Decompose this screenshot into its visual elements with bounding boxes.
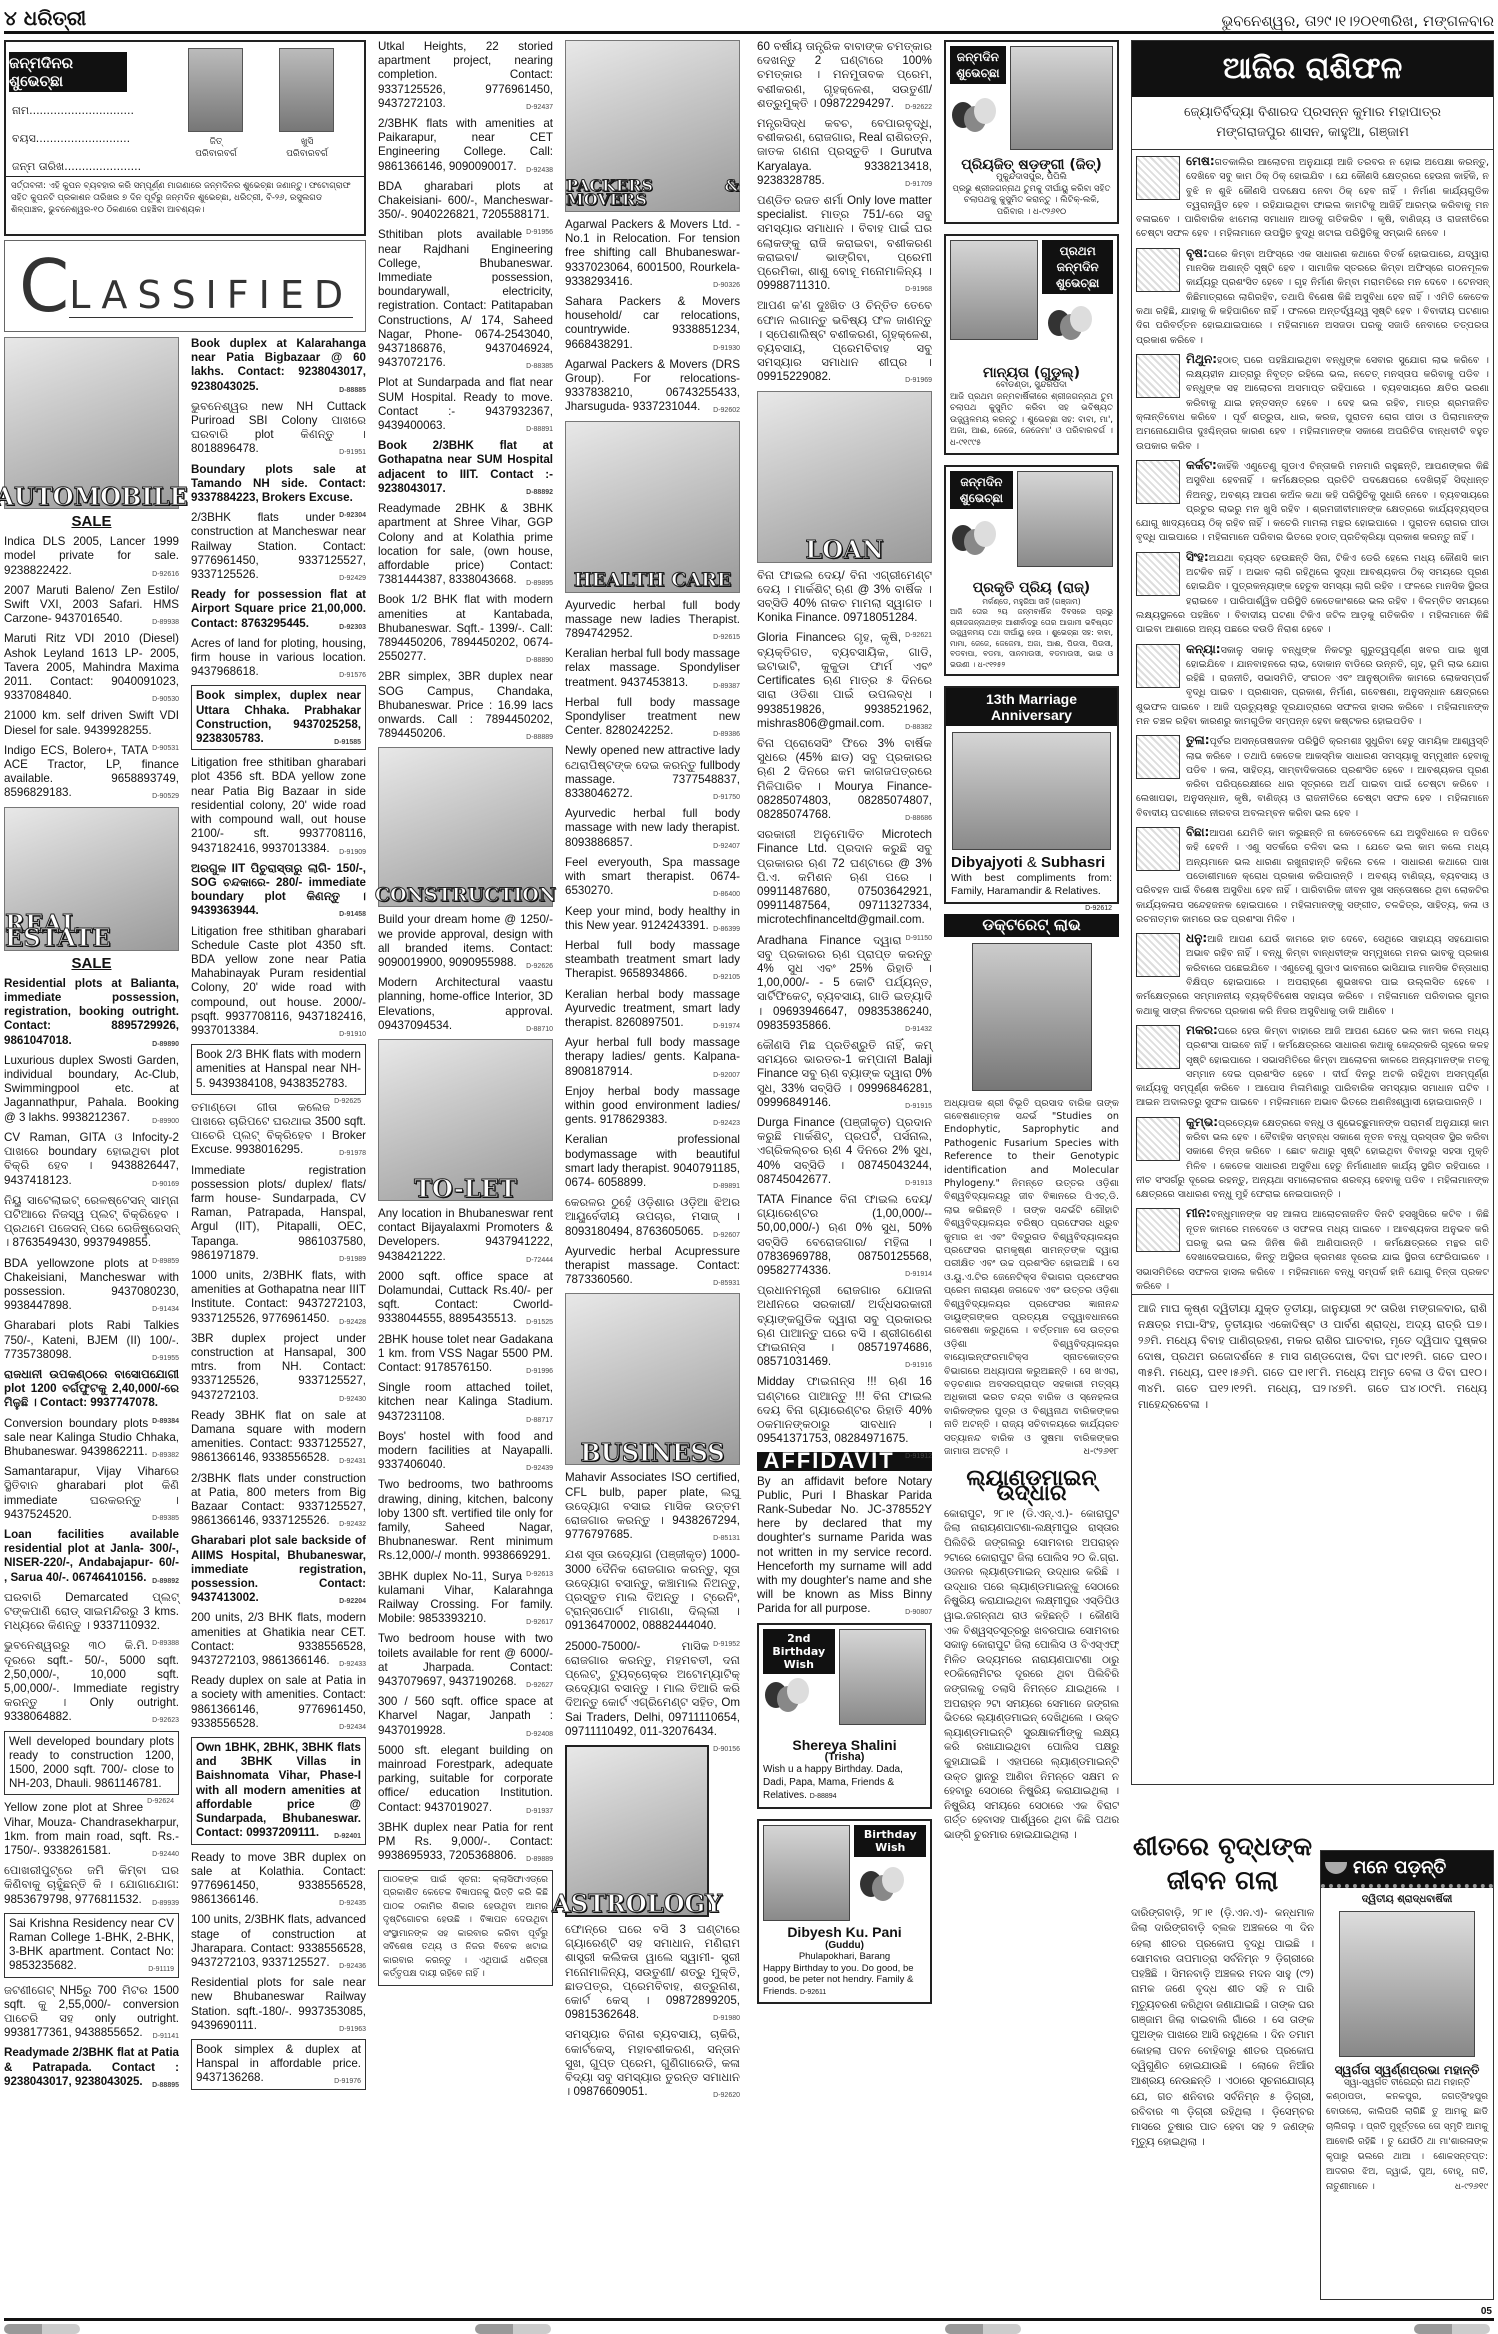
ad-code: D-92627 <box>526 1679 553 1693</box>
child-photo <box>1010 46 1113 150</box>
ad-code: D-92624 <box>147 1795 174 1809</box>
classified-ad: ମନ୍ତ୍ରସିଦ୍ଧ କବଚ, ବେପାରବୃଦ୍ଧି, ବଶୀକରଣ, ରୋ… <box>757 117 932 188</box>
classified-ad: Luxurious duplex Swosti Garden, individu… <box>4 1054 179 1125</box>
ad-code: D-89892 <box>152 1575 179 1589</box>
ad-code: D-91930 <box>713 342 740 356</box>
affidavit-ad: By an affidavit before Notary Public, Pu… <box>757 1475 932 1617</box>
ad-code: D-92436 <box>339 1960 366 1974</box>
classified-initial: C <box>19 250 69 322</box>
ad-code: D-92105 <box>713 971 740 985</box>
ad-code: D-91434 <box>152 1303 179 1317</box>
cold-news-headline: ଶୀତରେ ବୃଦ୍ଧଙ୍କ ଜୀବନ ଗଲା <box>1131 1830 1314 1898</box>
classified-ad: ବିନା ପ୍ରୋସେସିଂ ଫିରେ 3% ବାର୍ଷିକ ସୁଧରେ (45… <box>757 737 932 822</box>
classified-ad: 2/3BHK flats under construction at Patia… <box>191 1472 366 1529</box>
wish-name: Dibyesh Ku. Pani <box>763 1925 926 1939</box>
obituary-occasion: ଦ୍ୱିତୀୟ ଶ୍ରାଦ୍ଧବାର୍ଷିକୀ <box>1321 1894 1493 1905</box>
ad-code: D-89388 <box>152 1637 179 1651</box>
page-tab-marker <box>4 2324 80 2334</box>
ad-code: D-91937 <box>526 1805 553 1819</box>
classified-ad: 3BHK duplex near Patia for rent PM Rs. 9… <box>378 1821 553 1864</box>
classified-ad: Agarwal Packers & Movers Ltd. - No.1 in … <box>565 218 740 289</box>
classified-ad: ଯଶ ସୂତା ଉଦ୍ୟୋଗ (ପଞ୍ଜୀକୃତ) 1000-3000 ଦୈନି… <box>565 1548 740 1633</box>
ad-code: D-92623 <box>152 1714 179 1728</box>
zodiac-sign-entry: ବୃଷ:ଘରେ କିମ୍ବା ଅଫିସ୍‌ରେ ଏକ ସାଧାରଣ କଥାରେ … <box>1136 246 1489 348</box>
ad-code: D-89938 <box>152 616 179 630</box>
balloons-icon <box>1042 302 1092 362</box>
ad-code: D-92621 <box>905 629 932 643</box>
astrology-image: ASTROLOGY <box>565 1745 709 1917</box>
healthcare-image: HEALTH CARE <box>565 421 740 593</box>
classified-ad: Litigation free sthitiban gharabari Sche… <box>191 925 366 1039</box>
ad-code: D-91585 <box>334 736 361 750</box>
birthday-wish-dibyesh: Birthday Wish Dibyesh Ku. Pani (Guddu) P… <box>757 1819 932 2004</box>
classified-ad: Ayurvedic herbal full body massage new l… <box>565 599 740 642</box>
ad-code: D-89889 <box>526 1853 553 1867</box>
ad-code: D-89859 <box>152 1255 179 1269</box>
ad-code: D-90156 <box>713 1743 740 1757</box>
rashifal-byline: ଜ୍ୟୋତିର୍ବିଦ୍ୟା ବିଶାରଦ ପ୍ରସନ୍ନ କୁମାର ମହାପ… <box>1132 97 1493 150</box>
zodiac-sign-entry: କର୍କଟ:କାହିଁକି ଏଣୁତେଣୁ ଗୁଡାଏ ଚିନ୍ତାକରି ମନ… <box>1136 458 1489 546</box>
wish-message: Happy Birthday to you. Do good, be good,… <box>763 1963 926 1999</box>
classified-ad: Book simplex & duplex at Hanspal in affo… <box>191 2039 366 2090</box>
classified-ad: 3BR duplex project under construction at… <box>191 1332 366 1403</box>
child-photo <box>763 1825 850 1921</box>
classified-ad: Boys' hostel with food and modern facili… <box>378 1430 553 1473</box>
classified-ad: 2BR simplex, 3BR duplex near SOG Campus,… <box>378 670 553 741</box>
tolet-image: TO-LET <box>378 1039 553 1201</box>
classified-ad: Build your dream home @ 1250/- we provid… <box>378 913 553 970</box>
classified-ad: Feel everyouth, Spa massage with smart t… <box>565 856 740 899</box>
child-caption: ଖୁସିପରିବାରବର୍ଗ <box>272 136 342 160</box>
classified-ad: Sthitiban plots available near Rajdhani … <box>378 228 553 370</box>
classified-ad: Book simplex, duplex near Uttara Chhaka.… <box>191 685 366 750</box>
page-tab-marker <box>475 2324 551 2334</box>
zodiac-icon <box>1136 933 1180 977</box>
classified-ad: Keralian herbal full body massage relax … <box>565 647 740 690</box>
anniversary-message: With best compliments from: Family, Hara… <box>946 870 1117 902</box>
footer-rule <box>4 2318 1494 2321</box>
classified-ad: Readymade 2/3BHK flat at Patia & Patrapa… <box>4 2046 179 2089</box>
ad-code: D-92304 <box>339 509 366 523</box>
business-image: BUSINESS <box>565 1293 740 1465</box>
classified-ad: Samantarapur, Vijay Viharରେ ସ୍ଥିତିବାନ gh… <box>4 1465 179 1522</box>
ad-code: D-92613 <box>526 1568 553 1582</box>
ad-code: D-89386 <box>713 728 740 742</box>
child-photo <box>279 48 334 132</box>
packers-image: PACKERS & MOVERS <box>565 40 740 212</box>
classified-ad: Gharabari plot sale backside of AIIMS Ho… <box>191 1534 366 1605</box>
ad-code: D-91952 <box>713 1638 740 1652</box>
ad-code: D-91996 <box>526 1365 553 1379</box>
spouse-name: ସ୍ୱା-ସ୍ୱର୍ଗତ ବୀରେନ୍ଦ୍ର ନାଥ ମହାନ୍ତି <box>1321 2078 1493 2088</box>
anniversary-heading: 13th Marriage Anniversary <box>946 688 1117 726</box>
classified-ad: Aradhana Finance ଦ୍ୱାରା ସବୁ ପ୍ରକାରର ଋଣ ପ… <box>757 934 932 1033</box>
classified-ad: Well developed boundary plots ready to c… <box>4 1731 179 1796</box>
zodiac-icon <box>1136 156 1180 200</box>
news-headline: ଲ୍ୟାଣ୍ଡମାଇନ୍ ଉଦ୍ଧାର <box>944 1472 1119 1500</box>
classified-ad: ପ୍ରଧାନମନ୍ତ୍ରୀ ରୋଜଗାର ଯୋଜନା ଅଧୀନରେ ସରକାରୀ… <box>757 1284 932 1369</box>
birthday-coupon: ଜନ୍ମଦିନର ଶୁଭେଚ୍ଛା ନାମ...................… <box>4 40 366 236</box>
rashifal-title: ଆଜିର ରାଶିଫଳ <box>1132 41 1493 97</box>
ad-code: D-89900 <box>152 1115 179 1129</box>
ad-code: D-91978 <box>339 1147 366 1161</box>
classified-ad: 2000 sqft. office space at Dolamundai, C… <box>378 1270 553 1327</box>
classified-ad: Gharabari plots Rabi Talkies 750/-, Kate… <box>4 1319 179 1362</box>
classified-ad: ତମାଣ୍ଡୋ ଗୀତା କଲେଜ ପାଖରେ ଚାରିପଟେ ଘରଥାଇ 35… <box>191 1101 366 1158</box>
classified-ad: ଫୋନ୍‌ରେ ଘରେ ବସି 3 ଘଣ୍ଟାରେ ଗ୍ୟାରେଣ୍ଟି ସହ … <box>565 1923 740 2022</box>
ad-code: D-91915 <box>905 1100 932 1114</box>
ad-code: D-91968 <box>905 283 932 297</box>
classified-ad: କୌଣସି ମିଛ ପ୍ରତିଶ୍ରୁତି ନାହିଁ, କମ୍ ସମୟରେ ଭ… <box>757 1039 932 1110</box>
ad-code: D-89895 <box>526 577 553 591</box>
wish-message: ଆଜି ପ୍ରଥମ ଜନ୍ମବାର୍ଷିକୀରେ ଶ୍ରୀଜଗନ୍ନାଥ ତୁମ… <box>950 392 1113 450</box>
ad-code: D-92602 <box>713 404 740 418</box>
ad-code: D-91912 <box>905 1450 932 1464</box>
obituary-text: କଣ୍ଠାପଡା, କନକପୁର, ଜଗତ୍‌ସିଂହପୁର ବୋଉଲୋ, କା… <box>1321 2088 1493 2197</box>
ad-code: D-92437 <box>526 101 553 115</box>
ad-code: D-91750 <box>713 791 740 805</box>
classified-ad: ଆପଣ କ'ଣ ଦୁଃଖିତ ଓ ଚିନ୍ତିତ ତେବେ ଫୋନ ଲଗାନ୍ତ… <box>757 299 932 384</box>
ad-code: D-92303 <box>339 621 366 635</box>
classified-ad: Newly opened new attractive lady ଥେରାପିଷ… <box>565 744 740 801</box>
ad-code: D-90169 <box>152 1178 179 1192</box>
ad-code: D-86399 <box>713 923 740 937</box>
ad-code: D-89891 <box>713 1180 740 1194</box>
classified-ad: Maruti Ritz VDI 2010 (Diesel) Ashok Leyl… <box>4 632 179 703</box>
classified-ad: Book 2/3 BHK flats with modern amenities… <box>191 1044 366 1095</box>
ad-code: D-90529 <box>152 790 179 804</box>
ad-code: D-89382 <box>152 1449 179 1463</box>
ad-code: D-88895 <box>152 2079 179 2093</box>
loan-image: LOAN <box>757 391 932 563</box>
classified-ad: Plot at Sundarpada and flat near SUM Hos… <box>378 376 553 433</box>
ad-code: D-88889 <box>526 731 553 745</box>
zodiac-sign-entry: ମୀନ:ବନ୍ଧୁମାନଙ୍କ ସହ ଆଳାପ ଆଲୋଚନାଜନିତ ଦିନଟି… <box>1136 1206 1489 1294</box>
zodiac-icon <box>1136 354 1180 398</box>
sale-heading: SALE <box>4 957 179 971</box>
ad-code: D-91525 <box>526 1316 553 1330</box>
ad-code: D-88710 <box>526 1023 553 1037</box>
automobile-image: AUTOMOBILE <box>4 337 179 509</box>
zodiac-sign-entry: ବିଛା:ଆପଣ ଯେମିତି କାମ କରୁଛନ୍ତି ନା କେତେବେଳେ… <box>1136 825 1489 927</box>
wish-message: ପ୍ରଭୁ ଶ୍ରୀଜଗନ୍ନାଥ ତୁମକୁ ଦୀର୍ଘାୟୁ କରିବା ସ… <box>950 184 1113 219</box>
couple-names: Dibyajyoti & Subhasri <box>946 856 1117 870</box>
rashifal-signs: ମେଷ:ଗତକାଲିର ଆଲୋଚନା ଅନୁଯାୟୀ ଆଜି ତରବର ନ ହୋ… <box>1132 154 1493 1294</box>
zodiac-sign-entry: ଧନୁ:ଆଜି ଆପଣ ଯେଉଁ କାମରେ ହାତ ଦେବେ, ସେଥିରେ … <box>1136 931 1489 1019</box>
ad-code: D-92607 <box>713 1229 740 1243</box>
classified-ad: Residential plots for sale near new Bhub… <box>191 1976 366 2033</box>
zodiac-sign-entry: କନ୍ୟା:ସକାଳୁ ସକାଳୁ ବନ୍ଧୁଙ୍କ ନିକଟରୁ ଗୁରୁତ୍… <box>1136 642 1489 730</box>
obituary-ad: ମନେ ପଡ଼ନ୍ତି ଦ୍ୱିତୀୟ ଶ୍ରାଦ୍ଧବାର୍ଷିକୀ ସ୍ୱର… <box>1320 1850 1494 2300</box>
wish-name: ପ୍ରକୃତି ପ୍ରିୟ (ରାଜ୍) <box>950 581 1113 595</box>
ad-code: D-92007 <box>713 1069 740 1083</box>
classified-ad: 300 / 560 sqft. office space at Kharvel … <box>378 1695 553 1738</box>
classified-ad: 2/3BHK flats with amenities at Paikarapu… <box>378 117 553 174</box>
wish-tag: ପ୍ରଥମ ଜନ୍ମଦିନ ଶୁଭେଚ୍ଛା <box>1042 240 1113 294</box>
classified-ad: Ayurvedic herbal Acupressure therapist m… <box>565 1245 740 1288</box>
doctorate-heading: ଡକ୍ଟରେଟ୍ ଲାଭ <box>944 914 1119 936</box>
ad-code: D-91432 <box>905 1023 932 1037</box>
wish-message: Wish u a happy Birthday. Dada, Dadi, Pap… <box>763 1763 926 1803</box>
ad-code: D-92433 <box>339 1658 366 1672</box>
classified-ad: Herbal full body massage steambath treat… <box>565 939 740 982</box>
classified-banner: C LASSIFIED <box>4 240 366 332</box>
page-header: ୪ ଧରିତ୍ରୀ ଭୁବନେଶ୍ୱର, ତା୨୯।୧।୨୦୧୩ରିଖ, ମଙ୍… <box>4 0 1494 30</box>
classified-ad: 25000-75000/- ମାସିକ ରୋଜଗାର କରନ୍ତୁ, ମହମବତ… <box>565 1640 740 1739</box>
deceased-name: ସ୍ୱର୍ଗତା ସ୍ୱର୍ଣ୍ଣପ୍ରଭା ମହାନ୍ତି <box>1321 2063 1493 2078</box>
cold-news: ଶୀତରେ ବୃଦ୍ଧଙ୍କ ଜୀବନ ଗଲା ଦାରିଙ୍ଗବାଡ଼ି, ୨୮… <box>1131 1830 1314 2151</box>
ad-code: D-91913 <box>905 1177 932 1191</box>
classified-ad: 200 units, 2/3 BHK flats, modern ameniti… <box>191 1611 366 1668</box>
ad-code: D-91709 <box>905 178 932 192</box>
page-label: ୪ ଧରିତ୍ରୀ <box>4 6 86 30</box>
ad-code: D-92204 <box>339 1595 366 1609</box>
scholar-photo <box>972 943 1092 1091</box>
zodiac-icon <box>1136 644 1180 688</box>
ad-code: D-90531 <box>152 742 179 756</box>
ad-code: D-92429 <box>339 572 366 586</box>
coupon-title: ଜନ୍ମଦିନର ଶୁଭେଚ୍ଛା <box>9 52 127 92</box>
classified-ad: ପଣ୍ଡିତ ରଜତ ଶର୍ମା Only love matter specia… <box>757 194 932 293</box>
column-loans: 60 ବର୍ଷୀୟ ତାନ୍ତ୍ରିକ ବାବାଙ୍କ ଚମତ୍କାର ଦେଖନ… <box>757 40 932 2014</box>
column-automobile-realestate: AUTOMOBILE SALE Indica DLS 2005, Lancer … <box>4 337 179 2095</box>
ad-code: D-88385 <box>526 360 553 374</box>
classified-ad: ବିନା ଫାଇଲ ଦେୟ/ ବିନା ଏଗ୍ରୀମେଣ୍ଟ ଦେୟ । ମାର… <box>757 569 932 626</box>
ad-code: D-91955 <box>152 1352 179 1366</box>
dateline: ଭୁବନେଶ୍ୱର, ତା୨୯।୧।୨୦୧୩ରିଖ, ମଙ୍ଗଳବାର <box>1221 12 1494 30</box>
zodiac-icon <box>1136 460 1180 504</box>
classified-ad: Yellow zone plot at Shree Vihar, Mouza- … <box>4 1801 179 1858</box>
wish-tag: 2nd Birthday Wish <box>763 1629 835 1674</box>
zodiac-icon <box>1136 552 1180 596</box>
realestate-image: REAL ESTATE <box>4 807 179 951</box>
news-body: କୋରାପୁଟ, ୨୮।୧ (ଡି.ଏନ୍.ଏ.)- କୋରାପୁଟ ଜିଲା … <box>944 1507 1119 1843</box>
classified-ad: Own 1BHK, 2BHK, 3BHK flats and 3BHK Vill… <box>191 1737 366 1844</box>
wish-tag: ଜନ୍ମଦିନ ଶୁଭେଚ୍ଛା <box>950 46 1006 84</box>
page-tab-marker <box>945 2324 1021 2334</box>
classified-ad: Residential plots at Balianta, immediate… <box>4 977 179 1048</box>
ad-code: D-89939 <box>152 1897 179 1911</box>
ad-code: D-91976 <box>334 2075 361 2089</box>
balloons-icon <box>950 94 1000 154</box>
classified-ad: Ayur herbal full body massage therapy la… <box>565 1036 740 1079</box>
ad-code: D-90326 <box>713 279 740 293</box>
ad-code: D-92625 <box>334 1095 361 1109</box>
ad-code: D-92626 <box>526 960 553 974</box>
zodiac-sign-entry: ତୁଳା:ପୂର୍ବର ଅସନ୍ତୋଷଜନକ ପରିସ୍ଥିତି କ୍ରମଶଃ … <box>1136 733 1489 821</box>
ad-code: D-92440 <box>152 1848 179 1862</box>
classified-ad: BDA gharabari plots at Chakeisiani- 600/… <box>378 180 553 223</box>
classified-ad: Acres of land for ploting, housing, firm… <box>191 637 366 680</box>
zodiac-icon <box>1136 1117 1180 1161</box>
classified-ad: Utkal Heights, 22 storied apartment proj… <box>378 40 553 111</box>
deceased-photo <box>1339 1911 1475 2057</box>
ad-code: D-91141 <box>153 2030 179 2044</box>
ad-code: D-88382 <box>905 721 932 735</box>
ad-code: D-91576 <box>339 669 366 683</box>
child-photo <box>188 48 243 132</box>
ad-code: D-72444 <box>526 1254 553 1268</box>
column-property-ads: Book duplex at Kalarahanga near Patia Bi… <box>191 337 366 2096</box>
classified-ad: Enjoy herbal body massage within good en… <box>565 1085 740 1128</box>
ad-code: D-91969 <box>905 374 932 388</box>
ad-code: D-88686 <box>905 812 932 826</box>
classified-ad: Book 2/3BHK flat at Gothapatna near SUM … <box>378 439 553 496</box>
zodiac-sign-entry: ମେଷ:ଗତକାଲିର ଆଲୋଚନା ଅନୁଯାୟୀ ଆଜି ତରବର ନ ହୋ… <box>1136 154 1489 242</box>
ad-code: D-91974 <box>713 1020 740 1034</box>
ad-code: D-91951 <box>339 446 366 460</box>
classified-ad: ଜଟଣୀଗେଟ୍ NH5ରୁ 700 ମିଟର 1500 sqft. କୁ 2,… <box>4 1984 179 2041</box>
classified-ad: 5000 sft. elegant building on mainroad F… <box>378 1744 553 1815</box>
classified-ad: ସରକାରୀ ଅନୁମୋଦିତ Microtech Finance Ltd. ପ… <box>757 828 932 927</box>
ad-code: D-88717 <box>526 1414 553 1428</box>
coupon-dob-field: ଜନ୍ମ ତାରିଖ...................... <box>12 160 141 174</box>
balloons-icon <box>950 517 1000 577</box>
ad-code: D-89890 <box>152 1038 179 1052</box>
classified-ad: Immediate registration possession plots/… <box>191 1164 366 1263</box>
classified-ad: Mahavir Associates ISO certified, CFL bu… <box>565 1471 740 1542</box>
wish-tag: ଜନ୍ମଦିନ ଶୁଭେଚ୍ଛା <box>950 471 1013 509</box>
ad-code: D-92434 <box>339 1721 366 1735</box>
classified-ad: 2007 Maruti Baleno/ Zen Estilo/ Swift VX… <box>4 584 179 627</box>
child-photo <box>1017 471 1113 567</box>
birthday-wish-shereya: 2nd Birthday Wish Shereya Shalini (Trish… <box>757 1623 932 1810</box>
classified-ad: Keralian herbal body massage Ayurvedic t… <box>565 988 740 1031</box>
classified-ad: 1000 units, 2/3BHK flats, with amenities… <box>191 1269 366 1326</box>
header-rule <box>4 31 1494 34</box>
classified-ad: ଭୁବନେଶ୍ୱର new NH Cuttack Puriroad SBI Co… <box>191 400 366 457</box>
ad-code: D-92435 <box>339 1897 366 1911</box>
ad-code: D-91910 <box>339 1028 366 1042</box>
ad-code: D-91119 <box>148 1963 174 1977</box>
classified-ad: Ready duplex on sale at Patia in a socie… <box>191 1674 366 1731</box>
classified-ad: CV Raman, GITA ଓ Infocity-2 ପାଖରେ bounda… <box>4 1131 179 1188</box>
zodiac-sign-entry: ସିଂହ:ଅଯଥା ବ୍ୟସ୍ତ ହେଉଛନ୍ତି ସିନା, ଟିକିଏ ଡେ… <box>1136 550 1489 638</box>
classified-ad: Midday ଫାଇନାନ୍ସ !!! ଋଣ 16 ଘଣ୍ଟାରେ ପାଆନ୍ତ… <box>757 1375 932 1446</box>
wish-name: ପ୍ରିୟଜିତ୍ ଷଡ଼ଙ୍ଗୀ (ଜିତ୍) <box>950 158 1113 172</box>
classified-ad: ରାଜଧାନୀ ଉପକଣ୍ଠରେ ବାସୋପଯୋଗୀ plot 1200 ବର୍… <box>4 1368 179 1411</box>
classified-ad: Boundary plots sale at Tamando NH side. … <box>191 463 366 506</box>
child-photo <box>950 240 1038 340</box>
ad-code: D-92617 <box>526 1616 553 1630</box>
classified-ad: ନିୟୁ ସାଟେଲାଇଟ୍ ରେଳଷ୍ଟେସନ୍ ସାମ୍ନା ପଟିଆରେ … <box>4 1194 179 1251</box>
classified-ad: Sai Krishna Residency near CV Raman Coll… <box>4 1913 179 1978</box>
zodiac-icon <box>1136 248 1180 292</box>
classified-ad: ଘରବାରି Demarcated ପ୍ଲଟ୍ ଟଙ୍କପାଣି ରୋଡ୍ ସା… <box>4 1591 179 1634</box>
classified-ad: Readymade 2BHK & 3BHK apartment at Shree… <box>378 502 553 587</box>
classified-ad: ଅରଗୁଳ IIT ପିଚୁରାସ୍ତାରୁ ଲାଗି- 150/-, SOG … <box>191 862 366 919</box>
classified-ad: Ready for possession flat at Airport Squ… <box>191 588 366 631</box>
classified-ad: କେରଳର ଠୁହେଁ ଓଡ଼ିଶାର ଓଡ଼ିଆ ଝିଅର ଆୟୁର୍ବେଦୀ… <box>565 1196 740 1239</box>
wish-name: ମାନ୍ୟତା (ଗୁଡୁଲ୍) <box>950 366 1113 380</box>
classified-ad: 60 ବର୍ଷୀୟ ତାନ୍ତ୍ରିକ ବାବାଙ୍କ ଚମତ୍କାର ଦେଖନ… <box>757 40 932 111</box>
diya-lamp-icon <box>1325 1862 1347 1874</box>
classified-ad: Indica DLS 2005, Lancer 1999 model priva… <box>4 535 179 578</box>
classified-ad: ପୋଖରୀପୁଟ୍‌ରେ ଜମି କିମ୍ବା ଘର କିଣିବାକୁ ଚାହୁ… <box>4 1864 179 1907</box>
balloons-icon <box>854 1857 904 1917</box>
ad-code: D-92401 <box>334 1830 361 1844</box>
classified-ad: Keralian professional bodymassage with b… <box>565 1133 740 1190</box>
child-caption: ଜିତ୍ପରିବାରବର୍ଗ <box>181 136 251 160</box>
doctorate-text: ଅଧ୍ୟାପକ ଶ୍ରୀ ବିଭୂତି ପ୍ରସାଦ ବାରିକ ତାଙ୍କ ଗ… <box>944 1097 1119 1459</box>
birthday-wish-raj: ଜନ୍ମଦିନ ଶୁଭେଚ୍ଛା ପ୍ରକୃତି ପ୍ରିୟ (ରାଜ୍) ମର… <box>944 465 1119 676</box>
classified-ad: Herbal full body massage Spondyliser tre… <box>565 696 740 739</box>
zodiac-icon <box>1136 735 1180 779</box>
wish-tag: Birthday Wish <box>854 1825 926 1857</box>
ad-code: D-92620 <box>713 2089 740 2103</box>
classified-ad: Modern Architectural vaastu planning, ho… <box>378 976 553 1033</box>
column-construction-tolet: Utkal Heights, 22 storied apartment proj… <box>378 40 553 1992</box>
panjika-text: ଆଜି ମାଘ କୃଷ୍ଣ ଦ୍ୱିତୀୟା ଯୁକ୍ତ ତୃତୀୟା, ଜାନ… <box>1132 1294 1493 1419</box>
classified-ad: Two bedroom house with two toilets avail… <box>378 1632 553 1689</box>
wish-name: Shereya Shalini <box>763 1738 926 1752</box>
ad-code: D-92428 <box>339 1316 366 1330</box>
classified-ad: 100 units, 2/3BHK flats, advanced stage … <box>191 1913 366 1970</box>
sale-heading: SALE <box>4 515 179 529</box>
ad-code: D-88885 <box>339 384 366 398</box>
zodiac-icon <box>1136 827 1180 871</box>
coupon-name-field: ନାମ.............................. <box>12 104 134 118</box>
classified-ad: Ready to move 3BR duplex on sale at Kola… <box>191 1851 366 1908</box>
zodiac-icon <box>1136 1208 1180 1252</box>
ad-code: D-88890 <box>526 654 553 668</box>
coupon-age-field: ବୟସ........................... <box>12 132 130 146</box>
classified-ad: 21000 km. self driven Swift VDI Diesel f… <box>4 709 179 737</box>
ad-code: D-88891 <box>526 423 553 437</box>
cold-news-body: ଦାରିଙ୍ଗବାଡ଼ି, ୨୮।୧ (ଡ଼ି.ଏନ.ଏ)- କନ୍ଧମାଳ ଜ… <box>1131 1906 1314 2151</box>
classified-ad: Litigation free sthitiban gharabari plot… <box>191 756 366 855</box>
ad-code: D-92622 <box>905 101 932 115</box>
ad-code: D-90530 <box>152 693 179 707</box>
ad-code: D-92438 <box>526 164 553 178</box>
ad-code: D-86400 <box>713 888 740 902</box>
couple-photo <box>952 732 1111 850</box>
ad-code: D-92423 <box>713 1117 740 1131</box>
classified-ad: Agarwal Packers & Movers (DRS Group). Fo… <box>565 358 740 415</box>
ad-code: D-91980 <box>713 2012 740 2026</box>
classified-ad: Sahara Packers & Movers household/ car r… <box>565 295 740 352</box>
classified-ad: Book 1/2 BHK flat with modern amenities … <box>378 593 553 664</box>
zodiac-sign-entry: ମିଥୁନ:ହଠାତ୍ ଘରେ ପହଞ୍ଚିଯାଇଥିବା ବନ୍ଧୁଙ୍କ ସ… <box>1136 352 1489 454</box>
birthday-wish-manyata: ପ୍ରଥମ ଜନ୍ମଦିନ ଶୁଭେଚ୍ଛା ମାନ୍ୟତା (ଗୁଡୁଲ୍) … <box>944 234 1119 455</box>
classified-ad: Any location in Bhubaneswar rent contact… <box>378 1207 553 1264</box>
classified-ad: Ayurvedic herbal full body massage with … <box>565 807 740 850</box>
classified-ad: Durga Finance (ପଞ୍ଜୀକୃତ) ପ୍ରଦାନ କରୁଛି ମା… <box>757 1116 932 1187</box>
classified-ad: Ready 3BHK flat on sale at Damana square… <box>191 1409 366 1466</box>
ad-code: D-85931 <box>713 1277 740 1291</box>
zodiac-sign-entry: କୁମ୍ଭ:ପ୍ରତ୍ୟେକ କ୍ଷେତ୍ରରେ ବନ୍ଧୁ ଓ ଶୁଭେଚ୍ଛ… <box>1136 1115 1489 1203</box>
ad-code: D-91963 <box>339 2023 366 2037</box>
ad-code: D-91989 <box>339 1253 366 1267</box>
page-tab-marker <box>1414 2324 1490 2334</box>
classified-ad: 2BHK house tolet near Gadakana 1 km. fro… <box>378 1333 553 1376</box>
classified-ad: Keep your mind, body healthy in this New… <box>565 905 740 933</box>
classified-ad: Loan facilities available residential pl… <box>4 1528 179 1585</box>
ad-code: D-92616 <box>152 568 179 582</box>
ad-code: D-89384 <box>152 1415 179 1429</box>
ad-code: D-92407 <box>713 840 740 854</box>
balloons-icon <box>763 1674 813 1734</box>
ad-code: D-92615 <box>713 631 740 645</box>
ad-code: D-92432 <box>339 1518 366 1532</box>
zodiac-icon <box>1136 1025 1180 1069</box>
classified-ad: ସମସ୍ୟାର ବିନାଶ ବ୍ୟବସାୟ, ଚାକିରି, କୋର୍ଟକେସ୍… <box>565 2028 740 2099</box>
ad-code: D-91914 <box>905 1268 932 1282</box>
reader-notice: ପାଠକଙ୍କ ପାଇଁ ସୂଚନା: କ୍ଲାସିଫାଏଡ୍‌ରେ ପ୍ରକା… <box>378 1870 553 1986</box>
ad-code: D-91909 <box>339 846 366 860</box>
rashifal-panel: ଆଜିର ରାଶିଫଳ ଜ୍ୟୋତିର୍ବିଦ୍ୟା ବିଶାରଦ ପ୍ରସନ୍… <box>1131 40 1494 1785</box>
ad-code: D-92408 <box>526 1728 553 1742</box>
